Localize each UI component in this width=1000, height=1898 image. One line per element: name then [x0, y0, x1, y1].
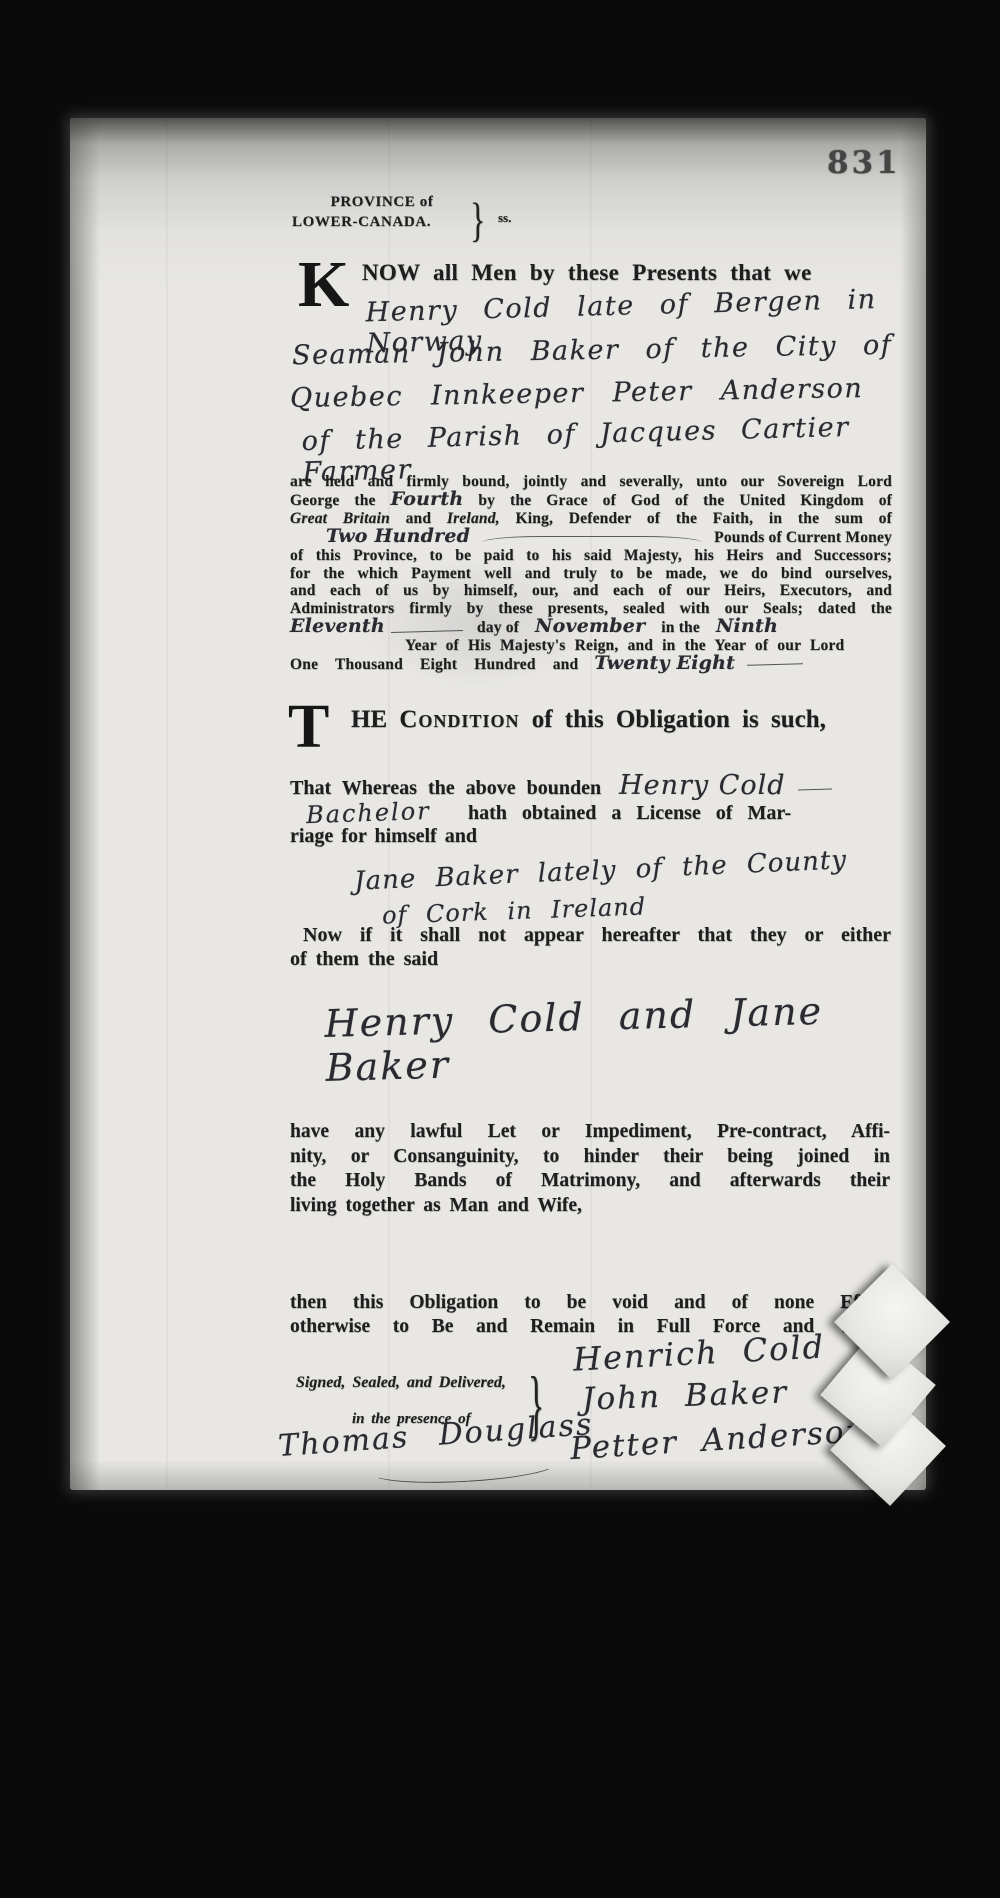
groom-name-handwritten: Henry Cold	[619, 770, 786, 801]
bond-clause: are held and firmly bound, jointly and s…	[290, 473, 892, 674]
party-signature: John Baker	[581, 1374, 788, 1417]
now-if-line: Now if it shall not appear hereafter tha…	[303, 924, 891, 947]
scanned-document-photo: { "page_number": "831", "header": { "pro…	[0, 0, 1000, 1898]
bond-clause-line-3-print: King, Defender of the Faith, in the sum …	[515, 510, 892, 527]
party-signature: Petter Anderson	[569, 1413, 868, 1467]
condition-dropcap: T	[288, 703, 329, 753]
whereas-print: That Whereas the above bounden	[290, 777, 601, 799]
of-them-line: of them the said	[290, 948, 438, 971]
pen-flourish	[798, 789, 832, 791]
bond-clause-line-1: are held and firmly bound, jointly and s…	[290, 473, 892, 491]
province-line-1: PROVINCE of	[292, 194, 472, 211]
bond-clause-line-4-print: Pounds of Current Money	[714, 529, 892, 547]
regnal-year-handwritten: Ninth	[716, 618, 778, 636]
bond-clause-line-2: George the Fourth by the Grace of God of…	[290, 491, 892, 510]
impediment-line-4: living together as Man and Wife,	[290, 1194, 890, 1219]
bond-year-handwritten: Twenty Eight	[594, 652, 735, 674]
bond-clause-line-2-print: George the	[290, 492, 376, 509]
bond-clause-line-10: Year of His Majesty's Reign, and in the …	[290, 637, 892, 655]
condition-heading-rest: of this Obligation is such,	[532, 706, 826, 733]
signed-sealed-line: Signed, Sealed, and Delivered,	[296, 1374, 506, 1392]
ss-abbreviation: ss.	[498, 210, 511, 226]
opening-line: NOW all Men by these Presents that we	[362, 260, 812, 286]
riage-line: riage for himself and	[290, 825, 477, 848]
paper-fold-line	[166, 118, 168, 1490]
bond-clause-line-9-dayof: day of	[477, 619, 519, 637]
header-province: PROVINCE of LOWER-CANADA.	[292, 194, 472, 231]
impediment-line-1: have any lawful Let or Impediment, Pre-c…	[290, 1120, 890, 1145]
opening-dropcap: K	[298, 259, 349, 312]
bond-day-handwritten: Eleventh	[290, 618, 385, 636]
regnal-name-handwritten: Fourth	[391, 488, 464, 510]
bond-clause-line-9: Eleventh day of November in the Ninth	[290, 618, 892, 637]
bond-month-handwritten: November	[535, 618, 645, 636]
void-line-1: then this Obligation to be void and of n…	[290, 1291, 890, 1315]
pen-flourish	[747, 663, 803, 665]
header-brace: }	[470, 192, 485, 248]
bond-clause-line-5: of this Province, to be paid to his said…	[290, 547, 892, 565]
page-number-stamp: 831	[827, 145, 901, 181]
impediment-line-2: nity, or Consanguinity, to hinder their …	[290, 1145, 890, 1170]
bond-sum-handwritten: Two Hundred	[326, 528, 470, 546]
condition-heading: HE Condition of this Obligation is such,	[351, 706, 826, 734]
document-page: 831 PROVINCE of LOWER-CANADA. } ss. K NO…	[70, 118, 926, 1490]
obtained-line: hath obtained a License of Mar-	[468, 802, 791, 825]
pen-strike	[391, 630, 463, 633]
condition-heading-condition: Condition	[399, 706, 519, 733]
couple-names-handwritten: Henry Cold and Jane Baker	[324, 986, 927, 1090]
handwritten-parties-line: Quebec Innkeeper Peter Anderson	[290, 373, 864, 414]
impediment-clause: have any lawful Let or Impediment, Pre-c…	[290, 1120, 890, 1218]
bride-name-handwritten: Jane Baker lately of the County	[354, 845, 848, 896]
bond-clause-line-11-print: One Thousand Eight Hundred and	[290, 656, 578, 673]
bond-clause-line-11: One Thousand Eight Hundred and Twenty Ei…	[290, 655, 892, 674]
bond-clause-line-2-print2: by the Grace of God of the United Kingdo…	[478, 492, 892, 509]
bond-clause-line-7: and each of us by himself, our, and each…	[290, 582, 892, 600]
bond-clause-line-4: Two Hundred Pounds of Current Money	[290, 528, 892, 547]
bond-clause-line-9-inthe: in the	[661, 619, 700, 637]
pen-flourish	[482, 536, 702, 549]
condition-heading-he: HE	[351, 706, 387, 733]
bond-clause-line-6: for the which Payment well and truly to …	[290, 565, 892, 583]
whereas-line: That Whereas the above bounden Henry Col…	[290, 770, 900, 801]
province-line-2: LOWER-CANADA.	[292, 214, 472, 231]
impediment-line-3: the Holy Bands of Matrimony, and afterwa…	[290, 1169, 890, 1194]
